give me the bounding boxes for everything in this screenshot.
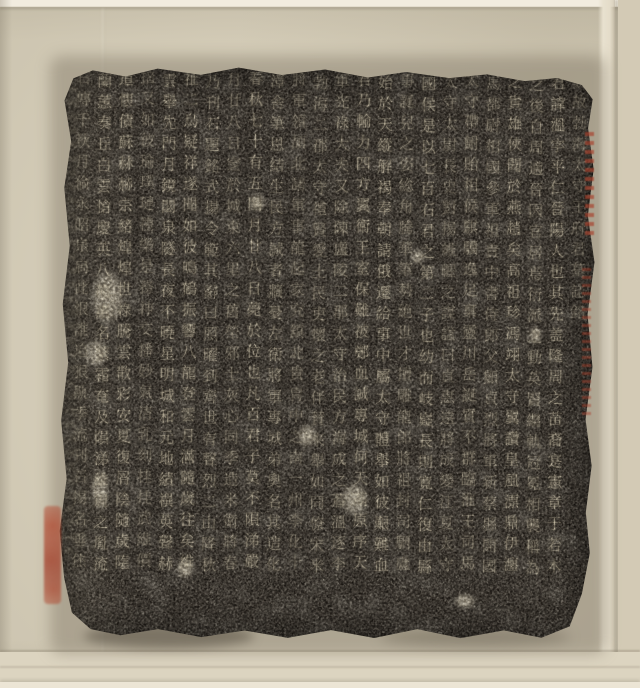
red-seal-right-mid: [582, 268, 591, 418]
stone-erosion-texture: [55, 60, 600, 647]
red-seal-left: [44, 506, 61, 604]
paper-top-edge: [0, 0, 640, 7]
rubbing-scan: 魏故勃海太守王府君墓誌銘君諱溫字平仁晉陽人也其先盖隆周之苗裔寔憲章于若木之後自周…: [0, 0, 640, 688]
paper-right-band: [618, 0, 640, 688]
paper-left-edge-shade: [0, 0, 12, 688]
paper-bottom-edge: [0, 682, 640, 688]
paper-bottom-fold-line-2: [0, 666, 640, 668]
rubbing-stone-area: 魏故勃海太守王府君墓誌銘君諱溫字平仁晉陽人也其先盖隆周之苗裔寔憲章于若木之後自周…: [55, 60, 600, 647]
red-seal-right-top: [585, 132, 594, 240]
paper-top-fold-shadow: [0, 7, 640, 11]
